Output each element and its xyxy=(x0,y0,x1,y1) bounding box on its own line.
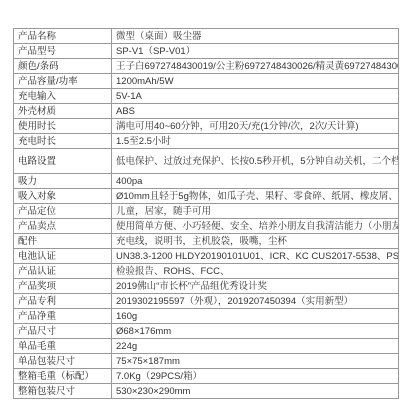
spec-value: 224g xyxy=(112,339,399,354)
table-row: 电池认证 UN38.3-1200 HLDY20190101U01、ICR、KC … xyxy=(14,249,399,264)
spec-value: 王子白6972748430019/公主粉6972748430026/精灵黄697… xyxy=(112,59,399,74)
spec-label: 产品奖项 xyxy=(14,279,112,294)
spec-label: 产品净重 xyxy=(14,309,112,324)
spec-label: 外壳材质 xyxy=(14,104,112,119)
spec-label: 产品名称 xyxy=(14,29,112,44)
spec-label: 颜色/条码 xyxy=(14,59,112,74)
spec-value: 微型（桌面）吸尘器 xyxy=(112,29,399,44)
spec-table-body: 产品名称 微型（桌面）吸尘器 产品型号 SP-V1（SP-V01） 颜色/条码 … xyxy=(14,29,399,399)
spec-value: ABS xyxy=(112,104,399,119)
spec-label: 电路设置 xyxy=(14,149,112,174)
spec-label: 单品包装尺寸 xyxy=(14,354,112,369)
spec-value: 400pa xyxy=(112,174,399,189)
product-spec-page: 产品名称 微型（桌面）吸尘器 产品型号 SP-V1（SP-V01） 颜色/条码 … xyxy=(0,0,400,400)
spec-value: SP-V1（SP-V01） xyxy=(112,44,399,59)
table-row: 产品定位 儿童，居家，随手可用 xyxy=(14,204,399,219)
spec-label: 使用时长 xyxy=(14,119,112,134)
spec-value: 低电保护、过放过充保护、长按0.5秒开机，5分钟自动关机，二个档位 xyxy=(112,149,399,174)
spec-value: 530×230×290mm xyxy=(112,384,399,399)
spec-label: 单品毛重 xyxy=(14,339,112,354)
spec-value: 检验报告、ROHS、FCC、 xyxy=(112,264,399,279)
spec-label: 产品认证 xyxy=(14,264,112,279)
table-row: 充电输入 5V-1A xyxy=(14,89,399,104)
table-row: 充电时长 1.5至2.5小时 xyxy=(14,134,399,149)
spec-value: 充电线，说明书，主机胶袋，吸嘴，尘杯 xyxy=(112,234,399,249)
spec-value: 2019佛山“市长杯”产品组优秀设计奖 xyxy=(112,279,399,294)
spec-value: 75×75×187mm xyxy=(112,354,399,369)
spec-value: Ø68×176mm xyxy=(112,324,399,339)
spec-value: 160g xyxy=(112,309,399,324)
table-row: 产品净重 160g xyxy=(14,309,399,324)
table-row: 产品奖项 2019佛山“市长杯”产品组优秀设计奖 xyxy=(14,279,399,294)
table-row: 使用时长 满电可用40~60分钟，可用20天/充(1分钟/次，2次/天计算) xyxy=(14,119,399,134)
spec-value: UN38.3-1200 HLDY20190101U01、ICR、KC CUS20… xyxy=(112,249,399,264)
table-row: 整箱包装尺寸 530×230×290mm xyxy=(14,384,399,399)
table-row: 整箱毛重（标配） 7.0Kg（29PCS/箱） xyxy=(14,369,399,384)
table-row: 单品包装尺寸 75×75×187mm xyxy=(14,354,399,369)
table-row: 产品名称 微型（桌面）吸尘器 xyxy=(14,29,399,44)
spec-label: 配件 xyxy=(14,234,112,249)
spec-label: 整箱包装尺寸 xyxy=(14,384,112,399)
table-row: 产品尺寸 Ø68×176mm xyxy=(14,324,399,339)
spec-value: 儿童，居家，随手可用 xyxy=(112,204,399,219)
spec-value: Ø10mm且轻于5g物体，如瓜子壳、果籽、零食碎、纸屑、橡皮屑、灰尘之类 xyxy=(112,189,399,204)
spec-label: 吸力 xyxy=(14,174,112,189)
table-row: 产品认证 检验报告、ROHS、FCC、 xyxy=(14,264,399,279)
spec-label: 充电输入 xyxy=(14,89,112,104)
spec-value: 5V-1A xyxy=(112,89,399,104)
table-row: 产品型号 SP-V1（SP-V01） xyxy=(14,44,399,59)
spec-label: 产品专利 xyxy=(14,294,112,309)
spec-label: 整箱毛重（标配） xyxy=(14,369,112,384)
table-row: 外壳材质 ABS xyxy=(14,104,399,119)
spec-label: 产品尺寸 xyxy=(14,324,112,339)
spec-value: 7.0Kg（29PCS/箱） xyxy=(112,369,399,384)
table-row: 颜色/条码 王子白6972748430019/公主粉6972748430026/… xyxy=(14,59,399,74)
spec-value: 1200mAh/5W xyxy=(112,74,399,89)
table-row: 产品专利 2019302195597（外观），2019207450394（实用新… xyxy=(14,294,399,309)
table-row: 单品毛重 224g xyxy=(14,339,399,354)
table-row: 配件 充电线，说明书，主机胶袋，吸嘴，尘杯 xyxy=(14,234,399,249)
spec-label: 产品容量/功率 xyxy=(14,74,112,89)
table-row: 产品卖点 使用简单方便、小巧轻便、安全、培养小朋友自我清洁能力（小朋友喜欢才是真… xyxy=(14,219,399,234)
spec-label: 吸入对象 xyxy=(14,189,112,204)
table-row: 吸入对象 Ø10mm且轻于5g物体，如瓜子壳、果籽、零食碎、纸屑、橡皮屑、灰尘之… xyxy=(14,189,399,204)
spec-value: 1.5至2.5小时 xyxy=(112,134,399,149)
table-row: 电路设置 低电保护、过放过充保护、长按0.5秒开机，5分钟自动关机，二个档位 xyxy=(14,149,399,174)
spec-value: 2019302195597（外观），2019207450394（实用新型） xyxy=(112,294,399,309)
spec-label: 产品定位 xyxy=(14,204,112,219)
table-row: 吸力 400pa xyxy=(14,174,399,189)
table-row: 产品容量/功率 1200mAh/5W xyxy=(14,74,399,89)
spec-label: 充电时长 xyxy=(14,134,112,149)
spec-label: 产品型号 xyxy=(14,44,112,59)
spec-label: 产品卖点 xyxy=(14,219,112,234)
spec-label: 电池认证 xyxy=(14,249,112,264)
spec-value: 使用简单方便、小巧轻便、安全、培养小朋友自我清洁能力（小朋友喜欢才是真的好） xyxy=(112,219,399,234)
product-spec-table: 产品名称 微型（桌面）吸尘器 产品型号 SP-V1（SP-V01） 颜色/条码 … xyxy=(13,28,399,399)
spec-value: 满电可用40~60分钟，可用20天/充(1分钟/次，2次/天计算) xyxy=(112,119,399,134)
